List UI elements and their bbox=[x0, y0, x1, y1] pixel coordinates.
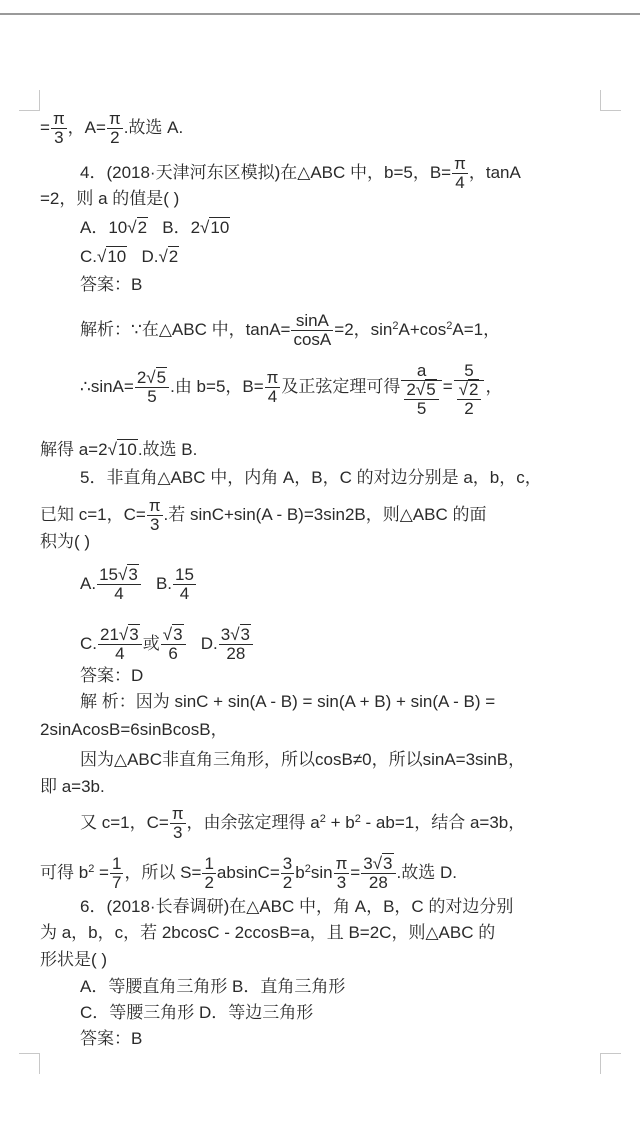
page-corner-mark-top-right bbox=[600, 90, 621, 111]
q5-solution-line3: 因为△ABC非直角三角形，所以cosB≠0，所以sinA=3sinB， bbox=[80, 748, 525, 772]
q5-solution-line6: 可得 b2 =17，所以 S=12absinC=32b2sinπ3=3√328.… bbox=[40, 855, 457, 892]
q6-stem-line2: 为 a，b，c，若 2bcosC - 2ccosB=a，且 B=2C，则△ABC… bbox=[40, 921, 495, 945]
q5-stem-line1: 5．非直角△ABC 中，内角 A，B，C 的对边分别是 a，b，c， bbox=[80, 466, 542, 490]
q4-answer: 答案：B bbox=[80, 273, 142, 297]
q4-options-cd: C.√10 D.√2 bbox=[80, 245, 179, 269]
q5-stem-line3: 积为( ) bbox=[40, 530, 90, 554]
q5-stem-line2: 已知 c=1，C=π3.若 sinC+sin(A - B)=3sin2B，则△A… bbox=[40, 497, 487, 534]
q6-answer: 答案：B bbox=[80, 1027, 142, 1051]
page-corner-mark-bottom-right bbox=[600, 1053, 621, 1074]
q5-options-cd: C.21√34或√36 D.3√328 bbox=[80, 626, 254, 663]
page-corner-mark-top-left bbox=[19, 90, 40, 111]
q4-solution-line2: ∴sinA=2√55.由 b=5，B=π4及正弦定理可得a2√55=5√22， bbox=[80, 362, 502, 418]
q6-options-ab: A．等腰直角三角形 B．直角三角形 bbox=[80, 975, 345, 999]
top-divider bbox=[0, 13, 640, 15]
q4-solution-line1: 解析：∵在△ABC 中，tanA=sinAcosA=2，sin2A+cos2A=… bbox=[80, 312, 500, 349]
q4-stem-line2: =2，则 a 的值是( ) bbox=[40, 187, 179, 211]
q4-solution-line3: 解得 a=2√10.故选 B. bbox=[40, 438, 197, 462]
continuation-line: =π3，A=π2.故选 A. bbox=[40, 110, 183, 147]
q4-options-ab: A．10√2 B．2√10 bbox=[80, 216, 230, 240]
q5-solution-line5: 又 c=1，C=π3，由余弦定理得 a2 + b2 - ab=1，结合 a=3b… bbox=[80, 805, 525, 842]
page-corner-mark-bottom-left bbox=[19, 1053, 40, 1074]
q5-answer: 答案：D bbox=[80, 664, 143, 688]
q5-options-ab: A.15√34 B.154 bbox=[80, 566, 197, 603]
q5-solution-line4: 即 a=3b. bbox=[40, 775, 105, 799]
q6-options-cd: C．等腰三角形 D．等边三角形 bbox=[80, 1001, 313, 1025]
q6-stem-line1: 6．(2018·长春调研)在△ABC 中，角 A，B，C 的对边分别 bbox=[80, 895, 513, 919]
q5-solution-line2: 2sinAcosB=6sinBcosB， bbox=[40, 718, 228, 742]
q5-solution-line1: 解 析：因为 sinC + sin(A - B) = sin(A + B) + … bbox=[80, 690, 495, 714]
q6-stem-line3: 形状是( ) bbox=[40, 948, 107, 972]
